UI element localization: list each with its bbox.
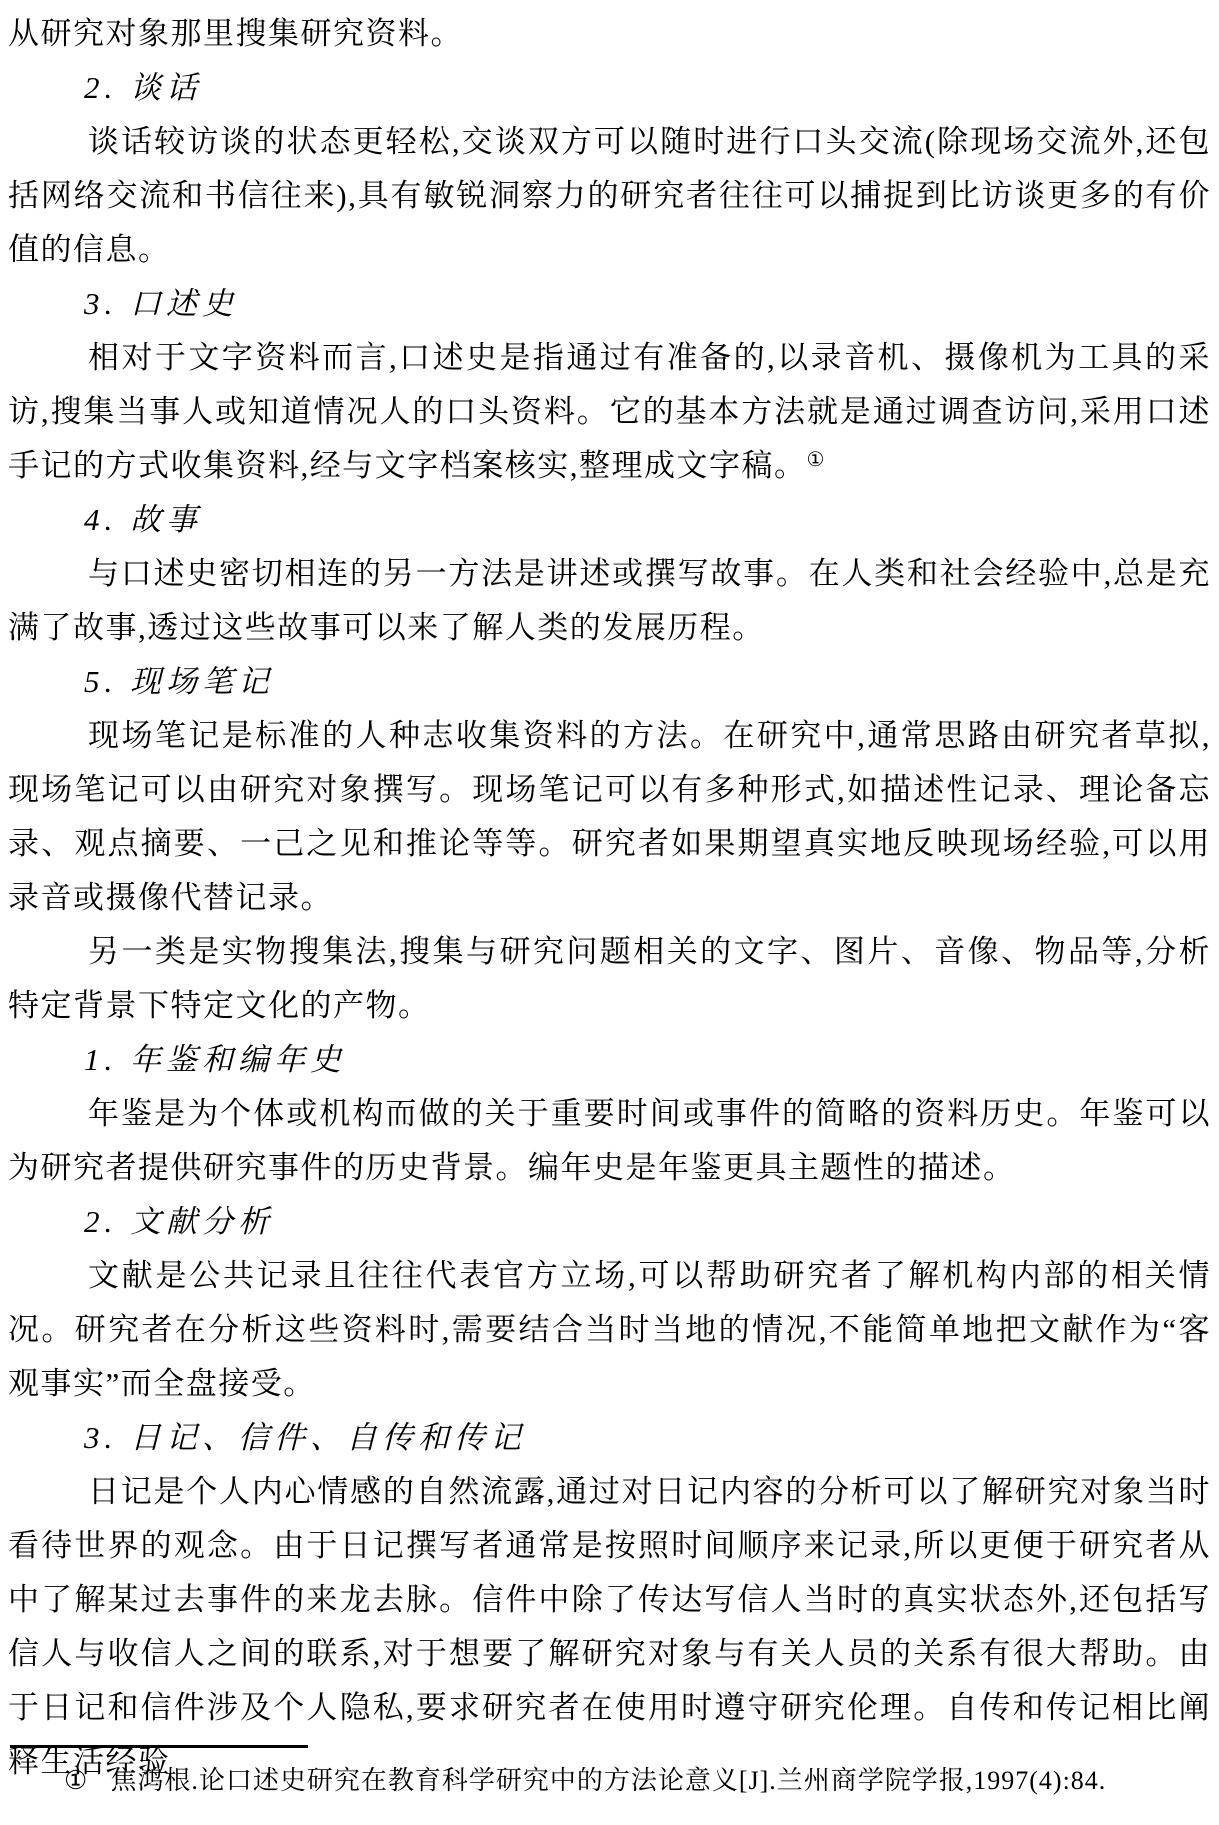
section-heading: 5. 现场笔记 [8, 655, 1211, 709]
paragraph: 谈话较访谈的状态更轻松,交谈双方可以随时进行口头交流(除现场交流外,还包括网络交… [8, 115, 1211, 277]
footnote-divider [10, 1745, 308, 1748]
paragraph: 从研究对象那里搜集研究资料。 [8, 7, 1211, 61]
paragraph: 文献是公共记录且往往代表官方立场,可以帮助研究者了解机构内部的相关情况。研究者在… [8, 1249, 1211, 1411]
paragraph: 现场笔记是标准的人种志收集资料的方法。在研究中,通常思路由研究者草拟,现场笔记可… [8, 709, 1211, 925]
paragraph: 另一类是实物搜集法,搜集与研究问题相关的文字、图片、音像、物品等,分析特定背景下… [8, 925, 1211, 1033]
footnote: ①焦鸿根.论口述史研究在教育科学研究中的方法论意义[J].兰州商学院学报,199… [64, 1764, 1164, 1798]
section-heading: 2. 谈话 [8, 61, 1211, 115]
section-heading: 2. 文献分析 [8, 1195, 1211, 1249]
footnote-marker: ① [64, 1766, 88, 1795]
paragraph: 相对于文字资料而言,口述史是指通过有准备的,以录音机、摄像机为工具的采访,搜集当… [8, 331, 1211, 493]
footnote-text: 焦鸿根.论口述史研究在教育科学研究中的方法论意义[J].兰州商学院学报,1997… [110, 1766, 1106, 1795]
page-text-column: 从研究对象那里搜集研究资料。2. 谈话谈话较访谈的状态更轻松,交谈双方可以随时进… [8, 7, 1211, 1789]
book-page: 从研究对象那里搜集研究资料。2. 谈话谈话较访谈的状态更轻松,交谈双方可以随时进… [0, 0, 1219, 1825]
paragraph: 日记是个人内心情感的自然流露,通过对日记内容的分析可以了解研究对象当时看待世界的… [8, 1465, 1211, 1789]
section-heading: 4. 故事 [8, 493, 1211, 547]
section-heading: 3. 口述史 [8, 277, 1211, 331]
paragraph: 与口述史密切相连的另一方法是讲述或撰写故事。在人类和社会经验中,总是充满了故事,… [8, 547, 1211, 655]
paragraph: 年鉴是为个体或机构而做的关于重要时间或事件的简略的资料历史。年鉴可以为研究者提供… [8, 1087, 1211, 1195]
section-heading: 1. 年鉴和编年史 [8, 1033, 1211, 1087]
footnote-ref-marker: ① [807, 449, 825, 471]
section-heading: 3. 日记、信件、自传和传记 [8, 1411, 1211, 1465]
